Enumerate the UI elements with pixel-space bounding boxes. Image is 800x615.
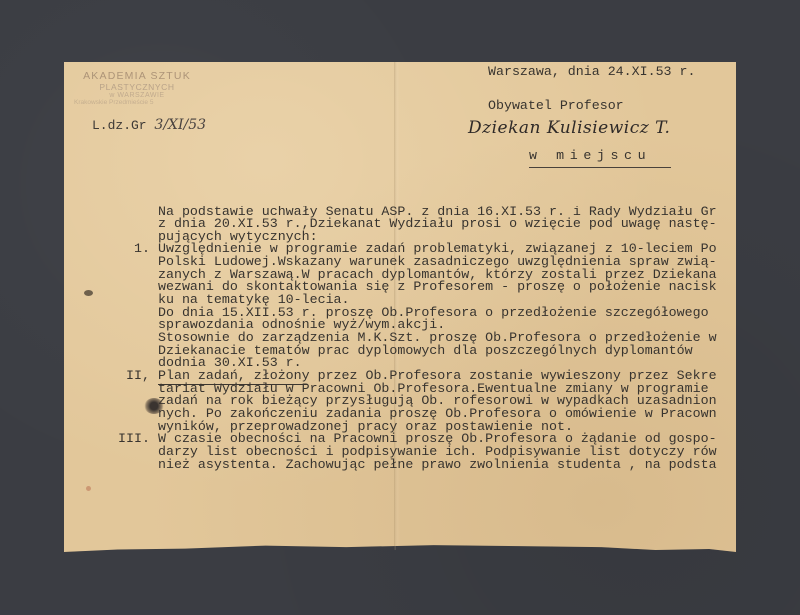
- place-date: Warszawa, dnia 24.XI.53 r.: [488, 66, 695, 79]
- addressee-name-handwritten: Dziekan Kulisiewicz T.: [468, 118, 670, 138]
- addressee-title: Obywatel Profesor: [488, 100, 624, 113]
- deadline-underline: [158, 384, 308, 385]
- ink-blot: [144, 398, 164, 414]
- letter-body: Na podstawie uchwały Senatu ASP. z dnia …: [0, 206, 736, 506]
- reference-typed: L.dz.Gr: [92, 118, 154, 133]
- stamp-line-1: AKADEMIA SZTUK: [78, 70, 196, 82]
- addressee-location: w miejscu: [529, 150, 651, 163]
- location-underline: [529, 167, 671, 169]
- item-number: 1.: [134, 243, 150, 256]
- institution-stamp: AKADEMIA SZTUK PLASTYCZNYCH w WARSZAWIE …: [78, 70, 196, 106]
- paper-speck: [86, 486, 91, 491]
- reference-handwritten: 3/XI/53: [154, 117, 206, 133]
- item-number: III.: [118, 433, 150, 446]
- stamp-line-2: PLASTYCZNYCH: [78, 82, 196, 92]
- stamp-line-4: Krakowskie Przedmieście 5: [74, 99, 196, 106]
- item-number: II,: [126, 370, 150, 383]
- paper-speck: [84, 290, 93, 296]
- body-line: nież asystenta. Zachowując pełne prawo z…: [158, 459, 717, 472]
- stamp-line-3: w WARSZAWIE: [78, 92, 196, 99]
- reference-number: L.dz.Gr 3/XI/53: [92, 117, 206, 133]
